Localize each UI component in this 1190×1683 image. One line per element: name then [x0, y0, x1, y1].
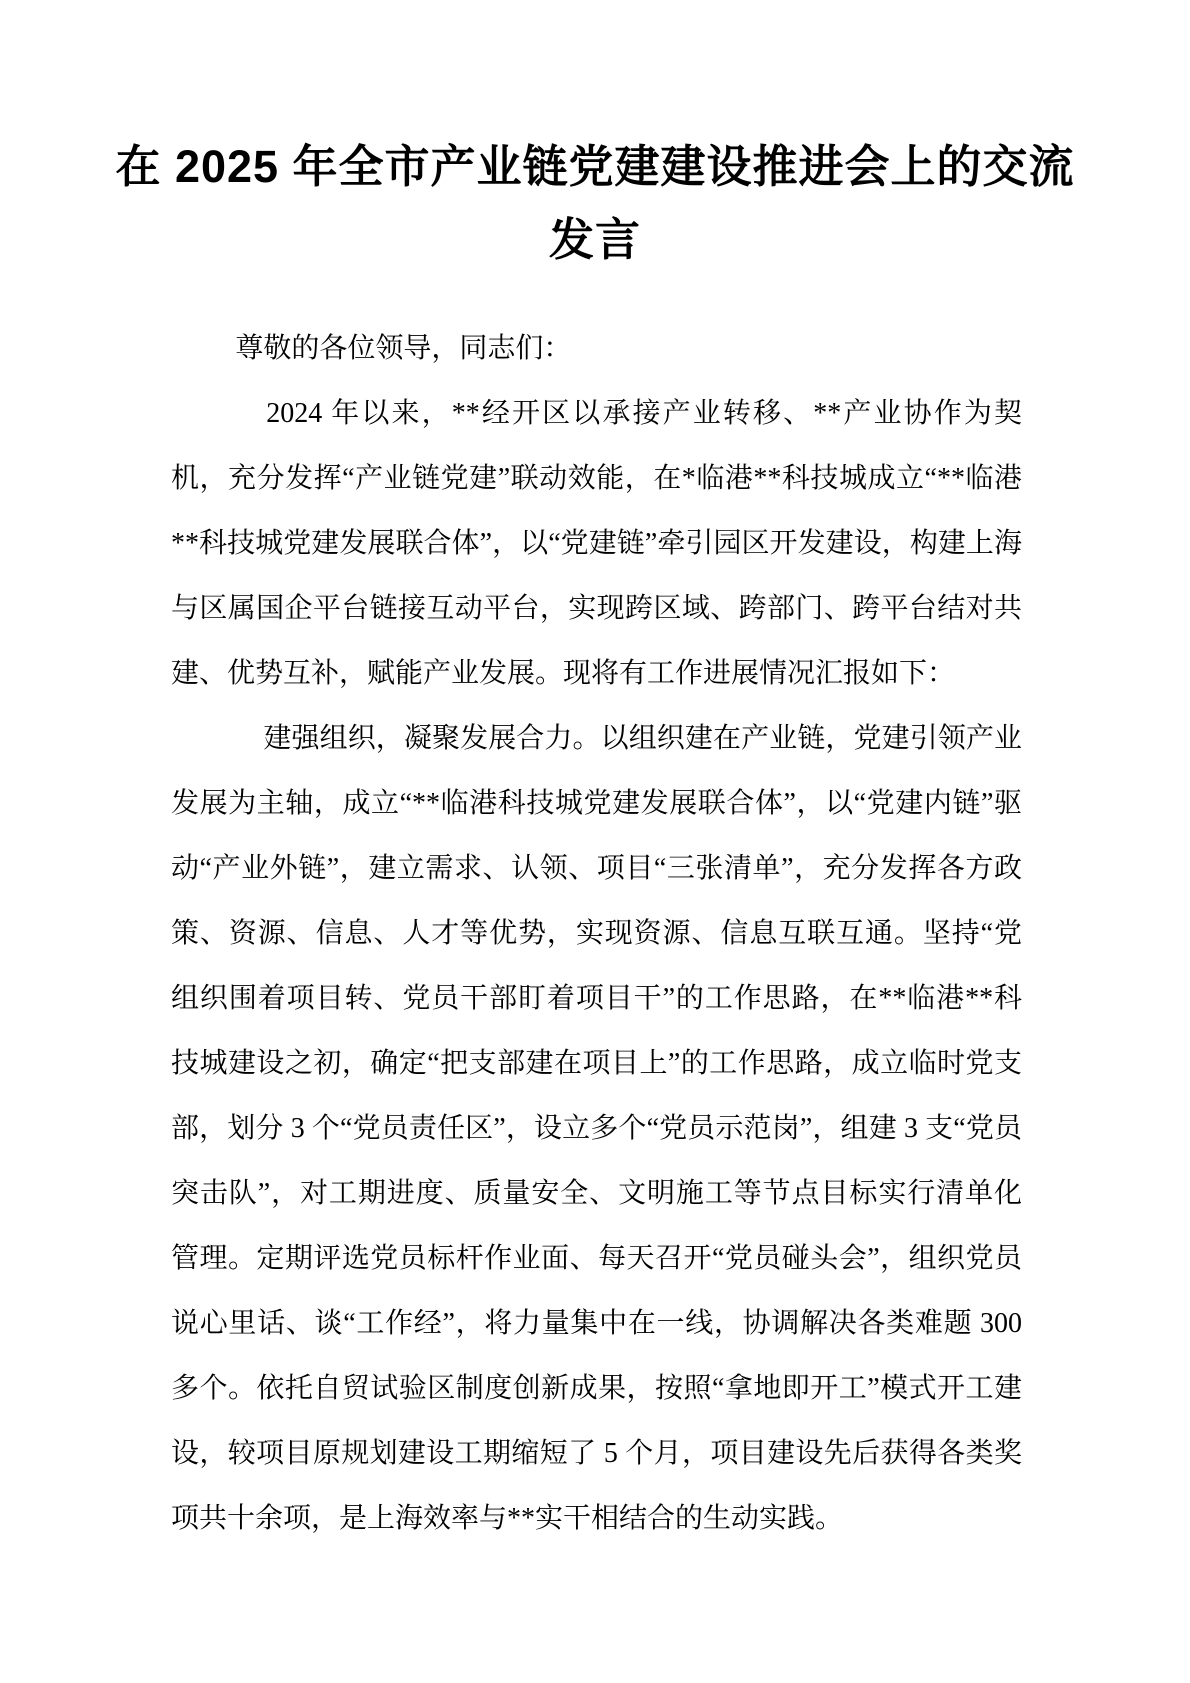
paragraph-salutation: 尊敬的各位领导，同志们： — [171, 316, 1022, 381]
paragraph-main: 建强组织，凝聚发展合力。以组织建在产业链，党建引领产业发展为主轴，成立“**临港… — [171, 706, 1022, 1551]
document-page: 在 2025 年全市产业链党建建设推进会上的交流发言 尊敬的各位领导，同志们： … — [0, 0, 1190, 1683]
document-body: 尊敬的各位领导，同志们： 2024 年以来，**经开区以承接产业转移、**产业协… — [171, 316, 1022, 1551]
paragraph-intro: 2024 年以来，**经开区以承接产业转移、**产业协作为契机，充分发挥“产业链… — [171, 381, 1022, 706]
document-title: 在 2025 年全市产业链党建建设推进会上的交流发言 — [115, 130, 1075, 276]
